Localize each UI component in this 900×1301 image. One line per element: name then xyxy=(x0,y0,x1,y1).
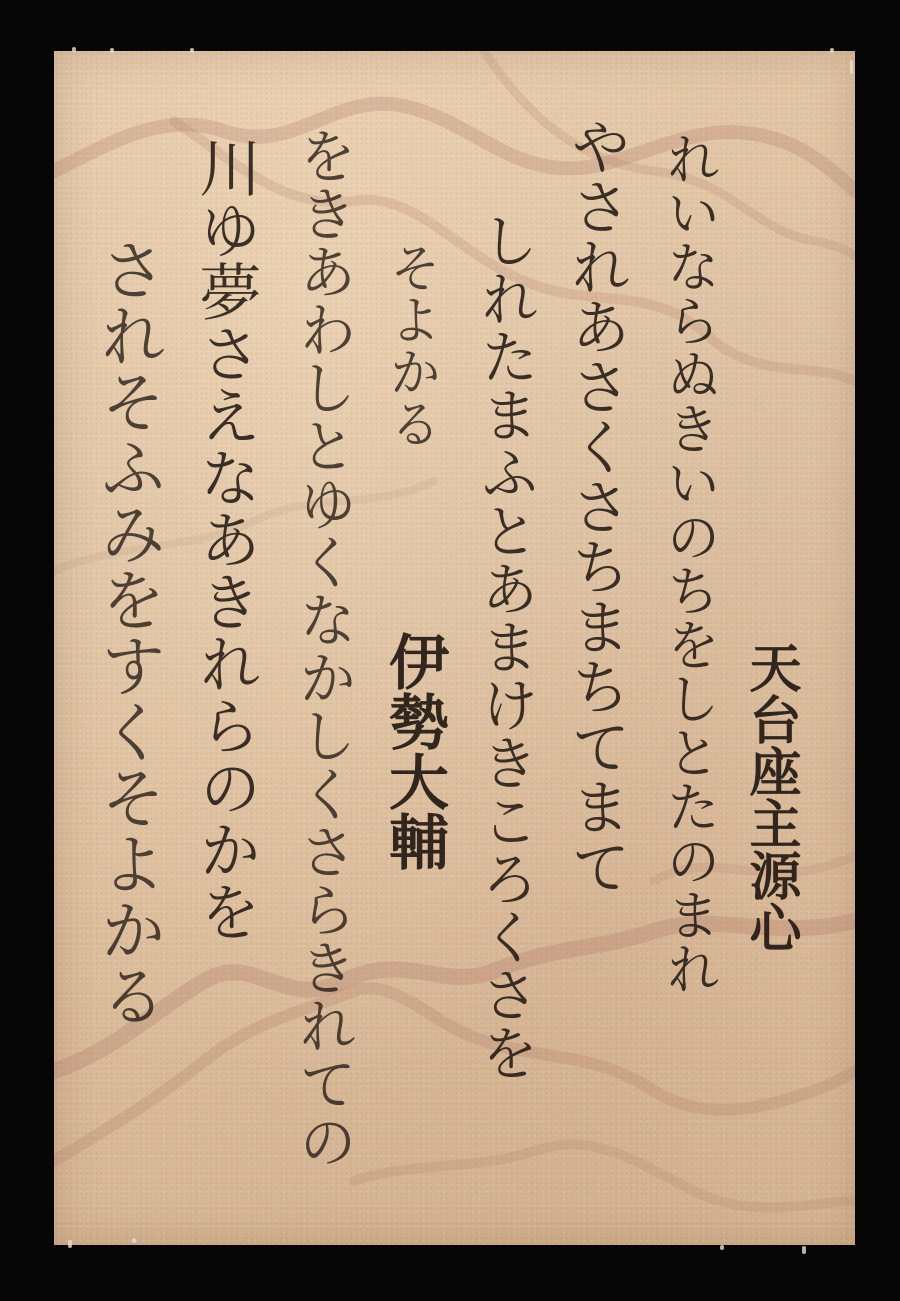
left-poem-line-1: をきあわしとゆくなかしくさらきれての xyxy=(294,126,352,1170)
right-poem-line-2: やされあさくさちまちてまて xyxy=(566,116,626,896)
paper-fiber xyxy=(802,1246,806,1254)
paper-fiber xyxy=(132,1238,136,1243)
right-poem-line-1: れいならぬきいのちをしとたのまれ xyxy=(662,131,716,995)
poem-card-paper: 天台座主源心 れいならぬきいのちをしとたのまれ やされあさくさちまちてまて しれ… xyxy=(54,51,855,1245)
marbled-wave-pattern xyxy=(54,51,855,1245)
paper-fiber xyxy=(190,48,194,53)
right-poem-line-4: そよかる xyxy=(384,241,436,449)
left-poem-line-2: 川ゆ夢さえなあきれらのかを xyxy=(194,136,256,942)
paper-fiber xyxy=(68,1240,72,1248)
paper-fiber xyxy=(72,47,76,52)
photo-stage: 天台座主源心 れいならぬきいのちをしとたのまれ やされあさくさちまちてまて しれ… xyxy=(0,0,900,1301)
paper-fiber xyxy=(720,1245,724,1250)
paper-fiber xyxy=(110,48,114,53)
right-poet-name: 天台座主源心 xyxy=(744,641,796,953)
paper-fiber xyxy=(850,60,853,74)
right-poem-line-3: しれたまふとあまけきころくさを xyxy=(476,211,534,1081)
left-poet-name: 伊勢大輔 xyxy=(384,631,444,871)
left-poem-line-3: されそふみをすくそよかる xyxy=(94,236,160,1028)
paper-fiber xyxy=(830,48,834,53)
